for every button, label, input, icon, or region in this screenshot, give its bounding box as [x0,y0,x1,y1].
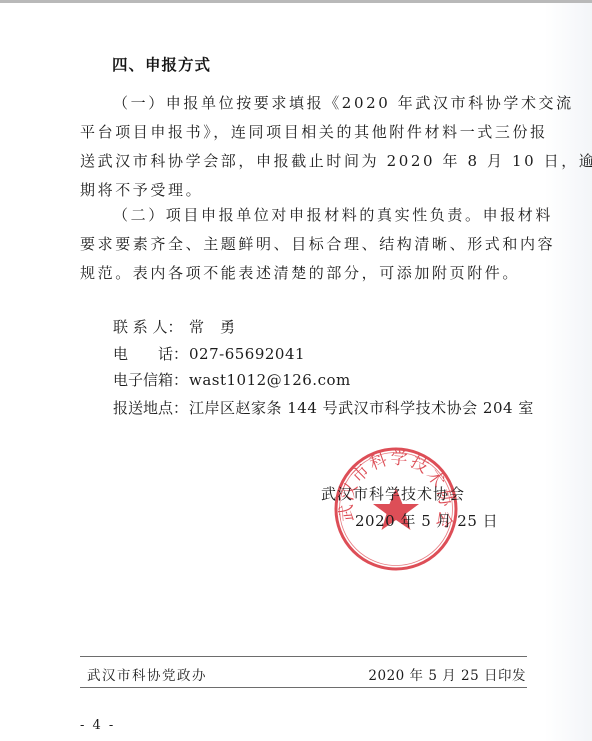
contact-address-label: 报送地点： [113,397,189,418]
document-page: 四、申报方式 （一）申报单位按要求填报《2020 年武汉市科协学术交流 平台项目… [0,0,592,741]
contact-address-value: 江岸区赵家条 144 号武汉市科学技术协会 204 室 [189,399,534,417]
paragraph-line: 送武汉市科协学会部，申报截止时间为 2020 年 8 月 10 日，逾 [80,147,525,176]
paragraph-line: （二）项目申报单位对申报材料的真实性负责。申报材料 [80,201,525,230]
section-heading: 四、申报方式 [112,53,211,75]
footer-divider-top [80,656,527,657]
footer-issuer: 武汉市科协党政办 [87,664,207,684]
paragraph-submission: （一）申报单位按要求填报《2020 年武汉市科协学术交流 平台项目申报书》，连同… [80,89,525,205]
contact-person-value: 常 勇 [189,318,236,336]
paragraph-line: 平台项目申报书》，连同项目相关的其他附件材料一式三份报 [80,118,525,147]
signature-organization: 武汉市科学技术协会 [321,483,465,504]
signature-date: 2020 年 5 月 25 日 [355,510,498,531]
contact-person-label: 联 系 人： [113,316,189,337]
contact-address: 报送地点：江岸区赵家条 144 号武汉市科学技术协会 204 室 [113,397,534,418]
footer-issue-date: 2020 年 5 月 25 日印发 [368,664,526,684]
contact-phone: 电 话：027-65692041 [113,343,305,364]
contact-person: 联 系 人：常 勇 [113,316,236,337]
contact-email-label: 电子信箱： [113,369,189,390]
contact-email: 电子信箱：wast1012@126.com [113,369,351,390]
contact-phone-value: 027-65692041 [189,345,305,363]
paragraph-line: （一）申报单位按要求填报《2020 年武汉市科协学术交流 [80,89,525,118]
paragraph-line: 要求要素齐全、主题鲜明、目标合理、结构清晰、形式和内容 [80,230,525,259]
contact-phone-label: 电 话： [113,343,189,364]
paragraph-line: 规范。表内各项不能表述清楚的部分，可添加附页附件。 [80,259,525,288]
footer-divider-bottom [80,687,527,688]
official-seal-icon: 武汉市科学技术协会 [333,446,459,572]
contact-email-value: wast1012@126.com [189,371,351,389]
paragraph-responsibility: （二）项目申报单位对申报材料的真实性负责。申报材料 要求要素齐全、主题鲜明、目标… [80,201,525,288]
page-number: - 4 - [80,718,115,733]
